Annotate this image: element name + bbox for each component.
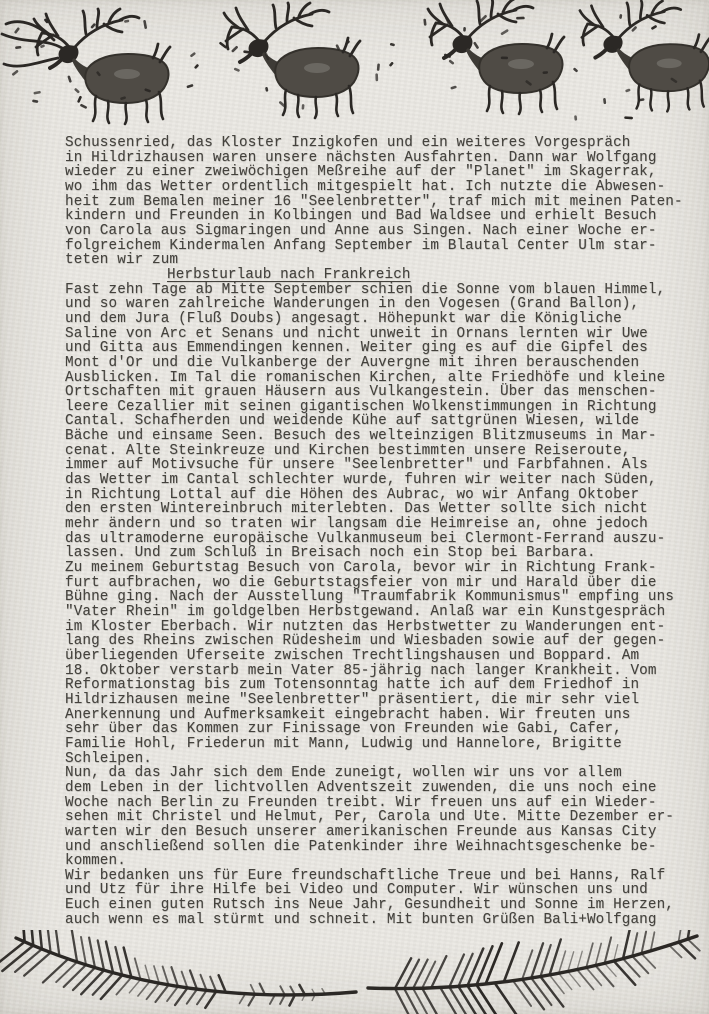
letter-line: Reformationstag bis zum Totensonntag hat… [65, 678, 705, 693]
letter-line: und Utz für ihre Hilfe bei Video und Com… [65, 883, 705, 898]
letter-line: kindern und Freunden in Kolbingen und Ba… [65, 209, 705, 224]
letter-line: überliegenden Uferseite zwischen Trechtl… [65, 649, 705, 664]
letter-line: das Wetter im Cantal schlechter wurde, f… [65, 473, 705, 488]
letter-line: Bäche und einsame Seen. Besuch des welte… [65, 429, 705, 444]
letter-line: Familie Hohl, Friederun mit Mann, Ludwig… [65, 737, 705, 752]
letter-line: lassen. Und zum Schluß in Breisach noch … [65, 546, 705, 561]
letter-line: sehr über das Kommen zur Finissage von F… [65, 722, 705, 737]
letter-line: sehen mit Christel und Helmut, Per, Caro… [65, 810, 705, 825]
letter-line: Woche nach Berlin zu Freunden treibt. Wi… [65, 796, 705, 811]
letter-line: "Vater Rhein" im goldgelben Herbstgewand… [65, 605, 705, 620]
letter-line: und so waren zahlreiche Wanderungen in d… [65, 297, 705, 312]
letter-line: und dem Jura (Fluß Doubs) angesagt. Höhe… [65, 312, 705, 327]
letter-line: Schussenried, das Kloster Inzigkofen und… [65, 136, 705, 151]
letter-line: mehr ändern und so traten wir langsam di… [65, 517, 705, 532]
letter-line: Hildrizhausen meine "Seelenbretter" präs… [65, 693, 705, 708]
letter-line: Cantal. Schafherden und weidende Kühe au… [65, 414, 705, 429]
letter-line: Saline von Arc et Senans und nicht unwei… [65, 327, 705, 342]
letter-line: Euch einen guten Rutsch ins Neue Jahr, G… [65, 898, 705, 913]
letter-line: Nun, da das Jahr sich dem Ende zuneigt, … [65, 766, 705, 781]
letter-line: Mont d'Or und die Vulkanberge der Auverg… [65, 356, 705, 371]
letter-line: Ortschaften mit grauen Häusern aus Vulka… [65, 385, 705, 400]
reindeer-drawing [0, 0, 709, 128]
letter-body: Schussenried, das Kloster Inzigkofen und… [65, 136, 705, 927]
letter-page: Schussenried, das Kloster Inzigkofen und… [0, 0, 709, 1014]
letter-line: immer auf Motivsuche für unsere "Seelenb… [65, 458, 705, 473]
letter-line: Zu meinem Geburtstag Besuch von Carola, … [65, 561, 705, 576]
letter-line: auch wenn es mal stürmt und schneit. Mit… [65, 913, 705, 928]
letter-line: wo ihm das Wetter ordentlich mitgespielt… [65, 180, 705, 195]
letter-line: und anschließend sollen die Patenkinder … [65, 840, 705, 855]
letter-line: warten wir den Besuch unserer amerikanis… [65, 825, 705, 840]
letter-line: Bühne ging. Nach der Ausstellung "Traumf… [65, 590, 705, 605]
letter-line: Ausblicken. Im Tal die romanischen Kirch… [65, 371, 705, 386]
letter-line: den ersten Wintereinbruch miterlebten. D… [65, 502, 705, 517]
fir-branches-drawing [0, 930, 709, 1014]
letter-line: und Gitta aus Emmendingen kennen. Weiter… [65, 341, 705, 356]
letter-line: dem Leben in der lichtvollen Adventszeit… [65, 781, 705, 796]
letter-line: lang des Rheins zwischen Rüdesheim und W… [65, 634, 705, 649]
letter-line: wieder zu einer zweiwöchigen Meßreihe au… [65, 165, 705, 180]
letter-heading: Herbsturlaub nach Frankreich [167, 268, 705, 283]
letter-line: kommen. [65, 854, 705, 869]
letter-line: von Carola aus Sigmaringen und Anne aus … [65, 224, 705, 239]
letter-line: teten wir zum [65, 253, 705, 268]
